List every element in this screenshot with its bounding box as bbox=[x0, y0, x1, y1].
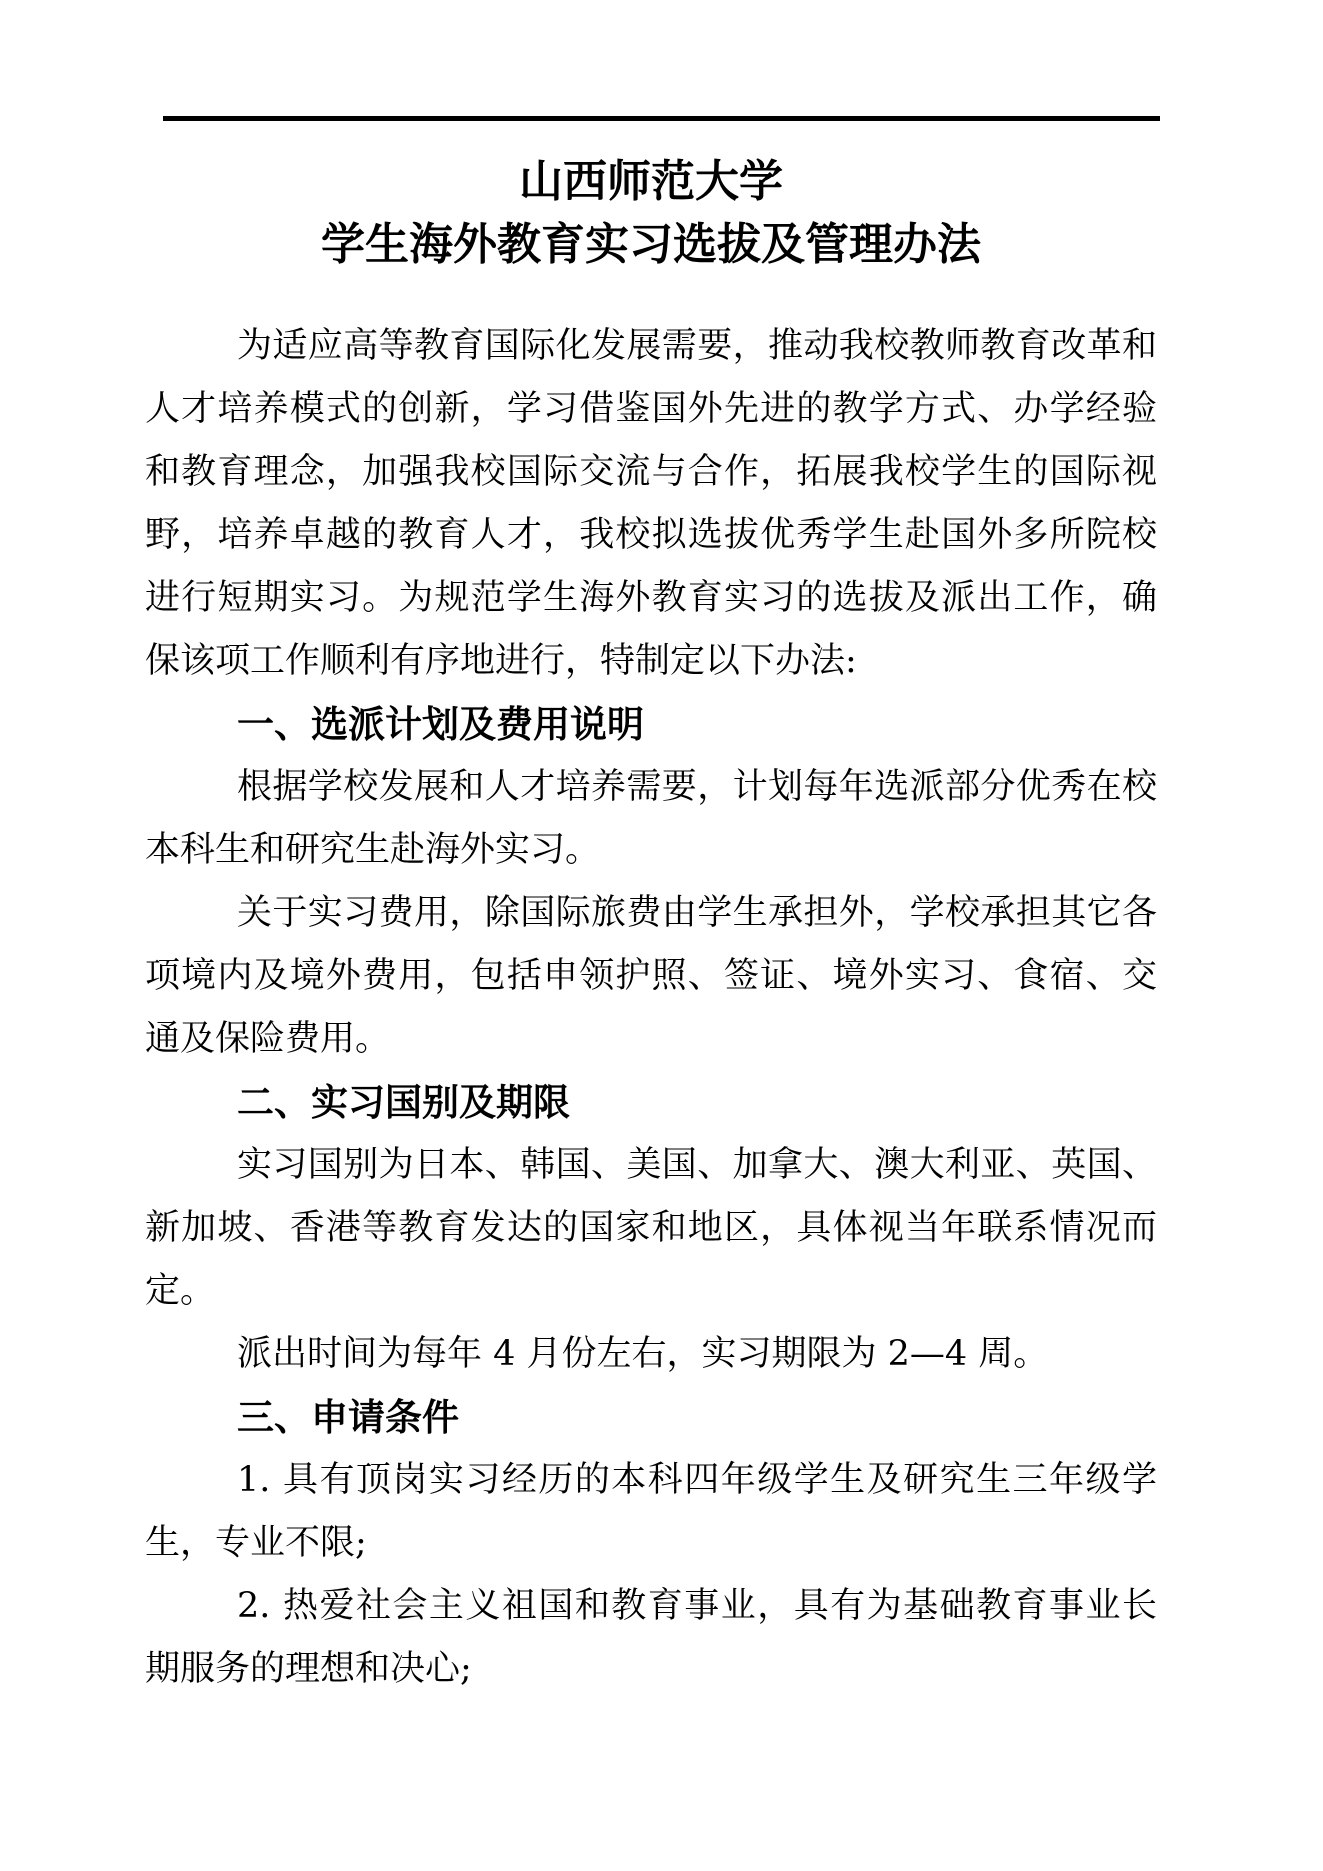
paragraph-line: 项境内及境外费用，包括申领护照、签证、境外实习、食宿、交 bbox=[145, 945, 1157, 1008]
list-item-line: 生，专业不限; bbox=[145, 1512, 1157, 1575]
section-heading-3: 三、申请条件 bbox=[145, 1386, 1157, 1449]
section-heading-1: 一、选派计划及费用说明 bbox=[145, 693, 1157, 756]
document-page: 山西师范大学 学生海外教育实习选拔及管理办法 为适应高等教育国际化发展需要，推动… bbox=[0, 0, 1323, 1871]
paragraph-line: 关于实习费用，除国际旅费由学生承担外，学校承担其它各 bbox=[145, 882, 1157, 945]
paragraph-line: 派出时间为每年 4 月份左右，实习期限为 2—4 周。 bbox=[145, 1323, 1157, 1386]
list-item-line: 期服务的理想和决心; bbox=[145, 1638, 1157, 1701]
header-rule bbox=[163, 116, 1160, 121]
document-title: 山西师范大学 学生海外教育实习选拔及管理办法 bbox=[145, 150, 1157, 276]
list-item-line: 2. 热爱社会主义祖国和教育事业，具有为基础教育事业长 bbox=[145, 1575, 1157, 1638]
paragraph-line: 实习国别为日本、韩国、美国、加拿大、澳大利亚、英国、 bbox=[145, 1134, 1157, 1197]
paragraph-line: 进行短期实习。为规范学生海外教育实习的选拔及派出工作，确 bbox=[145, 567, 1157, 630]
title-line-university: 山西师范大学 bbox=[145, 150, 1157, 213]
paragraph-line: 通及保险费用。 bbox=[145, 1008, 1157, 1071]
paragraph-line: 保该项工作顺利有序地进行，特制定以下办法: bbox=[145, 630, 1157, 693]
section-heading-2: 二、实习国别及期限 bbox=[145, 1071, 1157, 1134]
paragraph-line: 为适应高等教育国际化发展需要，推动我校教师教育改革和 bbox=[145, 315, 1157, 378]
paragraph-line: 野，培养卓越的教育人才，我校拟选拔优秀学生赴国外多所院校 bbox=[145, 504, 1157, 567]
paragraph-line: 人才培养模式的创新，学习借鉴国外先进的教学方式、办学经验 bbox=[145, 378, 1157, 441]
paragraph-line: 根据学校发展和人才培养需要，计划每年选派部分优秀在校 bbox=[145, 756, 1157, 819]
paragraph-line: 新加坡、香港等教育发达的国家和地区，具体视当年联系情况而 bbox=[145, 1197, 1157, 1260]
list-item-line: 1. 具有顶岗实习经历的本科四年级学生及研究生三年级学 bbox=[145, 1449, 1157, 1512]
title-line-subject: 学生海外教育实习选拔及管理办法 bbox=[145, 213, 1157, 276]
paragraph-line: 定。 bbox=[145, 1260, 1157, 1323]
paragraph-line: 本科生和研究生赴海外实习。 bbox=[145, 819, 1157, 882]
document-body: 为适应高等教育国际化发展需要，推动我校教师教育改革和 人才培养模式的创新，学习借… bbox=[145, 315, 1157, 1701]
paragraph-line: 和教育理念，加强我校国际交流与合作，拓展我校学生的国际视 bbox=[145, 441, 1157, 504]
